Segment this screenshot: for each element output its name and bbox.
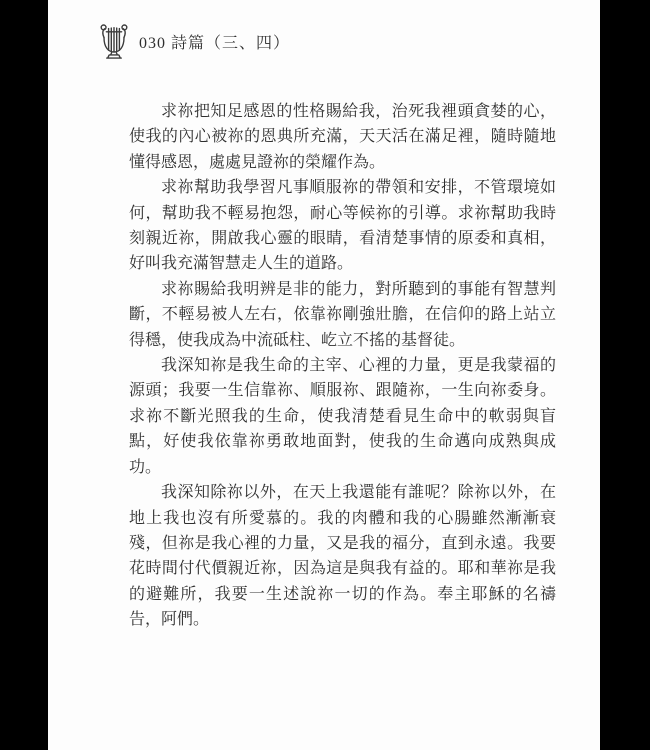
paragraph: 我深知祢是我生命的主宰、心裡的力量，更是我蒙福的源頭；我要一生信靠祢、順服祢、跟… [129,353,556,480]
viewer-letterbox: 030 詩篇（三、四） 求祢把知足感恩的性格賜給我，治死我裡頭貪婪的心，使我的內… [0,0,650,750]
paragraph: 求祢賜給我明辨是非的能力，對所聽到的事能有智慧判斷，不輕易被人左右，依靠祢剛強壯… [129,277,556,353]
page-header: 030 詩篇（三、四） [96,20,290,62]
paragraph: 我深知除祢以外，在天上我還能有誰呢？除祢以外，在地上我也沒有所愛慕的。我的肉體和… [129,480,556,632]
paragraph: 求祢把知足感恩的性格賜給我，治死我裡頭貪婪的心，使我的內心被祢的恩典所充滿，天天… [129,99,556,175]
book-page: 030 詩篇（三、四） 求祢把知足感恩的性格賜給我，治死我裡頭貪婪的心，使我的內… [48,0,600,750]
lyre-icon [96,21,132,61]
prayer-text: 求祢把知足感恩的性格賜給我，治死我裡頭貪婪的心，使我的內心被祢的恩典所充滿，天天… [129,99,556,633]
chapter-title: 030 詩篇（三、四） [139,30,290,53]
paragraph: 求祢幫助我學習凡事順服祢的帶領和安排，不管環境如何，幫助我不輕易抱怨，耐心等候祢… [129,175,556,277]
